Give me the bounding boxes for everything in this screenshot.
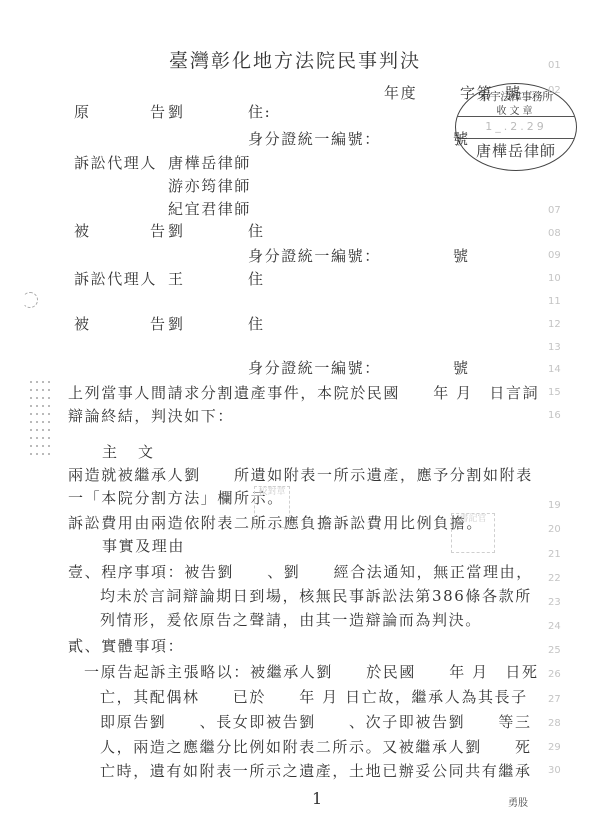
defendant-id-suffix: 號 — [453, 245, 470, 266]
stamp-date: 1_.2.29 — [456, 120, 576, 133]
line-number: 30 — [548, 765, 561, 776]
line-number: 19 — [548, 500, 561, 511]
line-number: 23 — [548, 597, 561, 608]
section2-heading: 貳、實體事項： — [68, 635, 184, 656]
line-number: 01 — [548, 60, 561, 71]
defendant-attorney-name: 王 — [168, 268, 185, 289]
attorney-name: 游亦筠律師 — [168, 175, 251, 196]
line-number: 24 — [548, 621, 561, 632]
section2-line: 一原告起訴主張略以：被繼承人劉 於民國 年 月 日死 — [84, 661, 539, 682]
facts-heading: 事實及理由 — [102, 535, 185, 556]
plaintiff-attorney-role: 訴訟代理人 — [74, 152, 157, 173]
section2-line: 亡，其配偶林 已於 年 月 日亡故，繼承人為其長子 — [100, 686, 528, 707]
line-number: 15 — [548, 387, 561, 398]
faint-stamp: 校對章 — [254, 486, 290, 528]
receipt-stamp: 京宇法律事務所 收文章 1_.2.29 唐樺岳律師 — [455, 83, 577, 171]
line-number: 12 — [548, 319, 561, 330]
main-text-line: 一「本院分割方法」欄所示。 — [68, 487, 284, 508]
stamp-divider — [456, 116, 576, 117]
footer-mark: 勇股 — [508, 794, 528, 809]
stamp-lawyer: 唐樺岳律師 — [456, 140, 576, 161]
plaintiff-id-label: 身分證統一編號： — [248, 128, 381, 149]
line-number: 02 — [548, 85, 561, 96]
plaintiff-name: 劉 — [168, 101, 185, 122]
line-number: 13 — [548, 342, 561, 353]
intro-line: 上列當事人間請求分割遺產事件，本院於民國 年 月 日言詞 — [68, 382, 539, 403]
defendant-attorney-address-label: 住 — [248, 268, 265, 289]
line-number: 22 — [548, 573, 561, 584]
defendant-id-label: 身分證統一編號： — [248, 245, 381, 266]
defendant-role: 被 告 — [74, 220, 169, 241]
document-title: 臺灣彰化地方法院民事判決 — [0, 46, 590, 73]
plaintiff-role: 原 告 — [74, 101, 169, 122]
defendant2-role: 被 告 — [74, 313, 169, 334]
main-heading: 主 文 — [102, 441, 156, 462]
line-number: 21 — [548, 549, 561, 560]
section2-line: 即原告劉 、長女即被告劉 、次子即被告劉 等三 — [100, 711, 532, 732]
plaintiff-address-label: 住: — [248, 101, 271, 122]
line-number: 16 — [548, 410, 561, 421]
defendant-name: 劉 — [168, 220, 185, 241]
line-number: 26 — [548, 669, 561, 680]
line-number: 08 — [548, 228, 561, 239]
plaintiff-id-suffix: 號 — [453, 128, 470, 149]
section1-line: 列情形，爰依原告之聲請，由其一造辯論而為判決。 — [100, 609, 482, 630]
line-number: 10 — [548, 273, 561, 284]
line-number: 28 — [548, 718, 561, 729]
page-number: 1 — [312, 789, 322, 808]
defendant2-id-label: 身分證統一編號： — [248, 357, 381, 378]
line-number: 09 — [548, 250, 561, 261]
defendant2-address-label: 住 — [248, 313, 265, 334]
defendant2-name: 劉 — [168, 313, 185, 334]
line-number: 27 — [548, 694, 561, 705]
stamp-label: 收文章 — [456, 102, 576, 117]
line-number: 25 — [548, 645, 561, 656]
faint-stamp: 書記官 — [451, 513, 495, 553]
section2-line: 亡時，遺有如附表一所示之遺產，土地已辦妥公同共有繼承 — [100, 760, 532, 781]
main-text-line: 兩造就被繼承人劉 所遺如附表一所示遺產，應予分割如附表 — [68, 464, 533, 485]
line-number: 29 — [548, 742, 561, 753]
defendant-address-label: 住 — [248, 220, 265, 241]
line-number: 07 — [548, 205, 561, 216]
attorney-name: 唐樺岳律師 — [168, 152, 251, 173]
line-number: 20 — [548, 524, 561, 535]
binding-dot-pattern — [28, 378, 52, 458]
section1-line: 壹、程序事項：被告劉 、劉 經合法通知，無正當理由， — [68, 561, 533, 582]
stamp-divider — [456, 138, 576, 139]
punch-hole-mark — [22, 292, 38, 308]
defendant-attorney-role: 訴訟代理人 — [74, 268, 157, 289]
section2-line: 人，兩造之應繼分比例如附表二所示。又被繼承人劉 死 — [100, 736, 532, 757]
line-number: 11 — [548, 296, 561, 307]
section1-line: 均未於言詞辯論期日到場，核無民事訴訟法第386條各款所 — [100, 585, 532, 606]
attorney-name: 紀宜君律師 — [168, 198, 251, 219]
defendant2-id-suffix: 號 — [453, 357, 470, 378]
line-number: 14 — [548, 364, 561, 375]
case-year-label: 年度 — [384, 82, 417, 103]
intro-line: 辯論終結，判決如下： — [68, 405, 234, 426]
